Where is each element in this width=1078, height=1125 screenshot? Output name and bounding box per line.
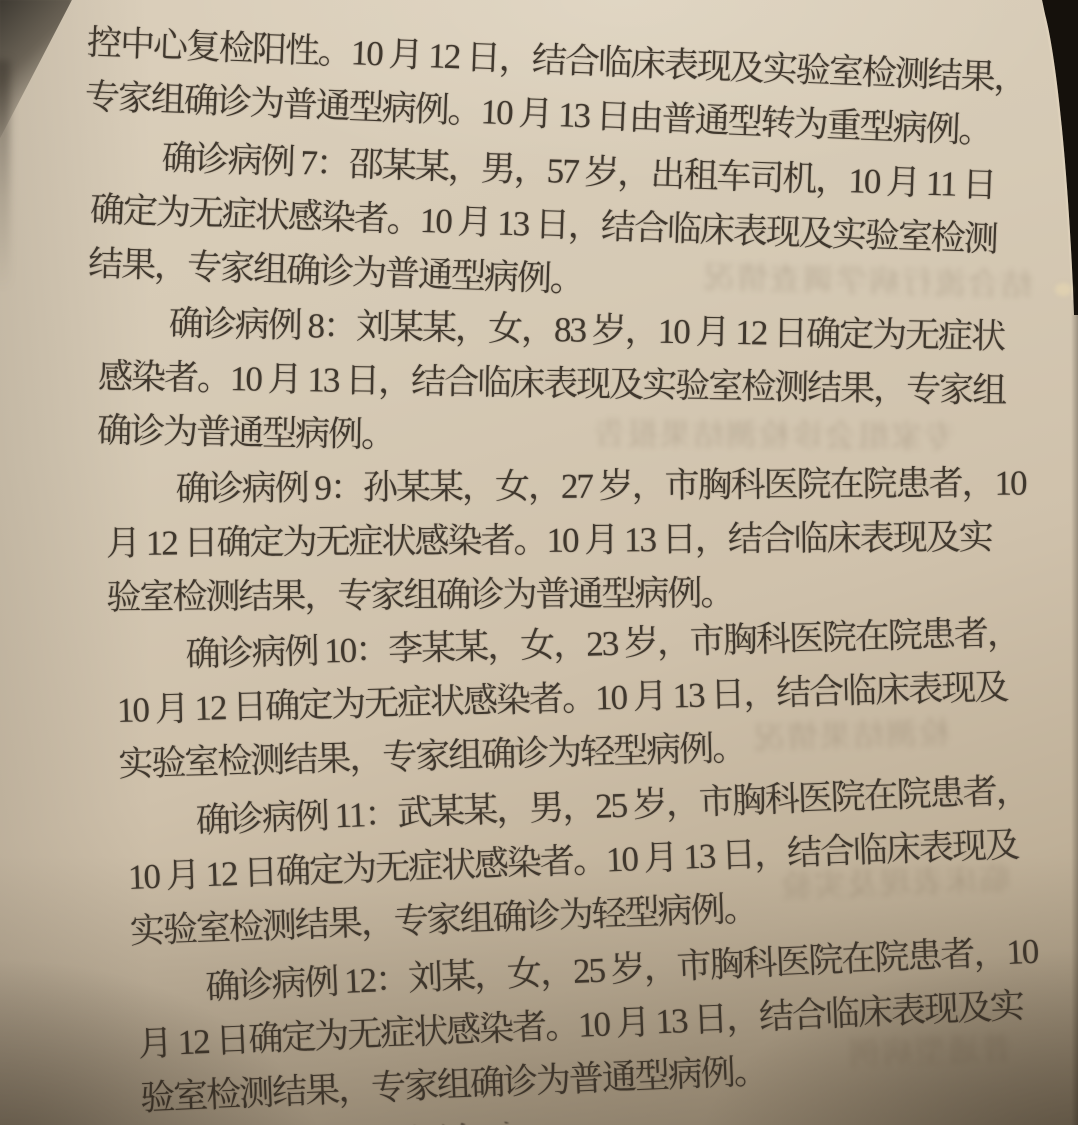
paper-edge-glint <box>1055 283 1072 296</box>
paragraph-case-10: 确诊病例 10：李某某，女，23 岁，市胸科医院在院患者， 10 月 12 日确… <box>115 605 1063 792</box>
ink-bleedthrough-text: 专家组会诊检测结果报告 <box>560 408 955 456</box>
text-line: 确诊病例 9：孙某某，女，27 岁，市胸科医院在院患者，10 <box>105 456 1060 517</box>
text-line: 月 12 日确定为无症状感染者。10 月 13 日，结合临床表现及实 <box>106 510 1061 571</box>
ink-bleedthrough-text: 临床表现及实验 <box>799 853 1010 905</box>
document-photo: 控中心复检阳性。10 月 12 日，结合临床表现及实验室检测结果， 专家组确诊为… <box>0 0 1078 1125</box>
ink-bleedthrough-text: 普通型病例 <box>841 1023 1012 1074</box>
ink-bleedthrough-text: 结合流行病学调查情况 <box>711 252 1032 305</box>
paragraph-case-9: 确诊病例 9：孙某某，女，27 岁，市胸科医院在院患者，10 月 12 日确定为… <box>105 456 1061 625</box>
ink-bleedthrough-text: 检测结果情况 <box>777 708 950 757</box>
paragraph-case-12: 确诊病例 12：刘某，女，25 岁，市胸科医院在院患者，10 月 12 日确定为… <box>134 924 1063 1125</box>
page-edge-shadow-left <box>0 60 10 290</box>
dark-background-top-right <box>1042 0 1078 315</box>
page-edge-shadow-right <box>1071 300 1078 1125</box>
document-text: 控中心复检阳性。10 月 12 日，结合临床表现及实验室检测结果， 专家组确诊为… <box>86 16 1061 1125</box>
